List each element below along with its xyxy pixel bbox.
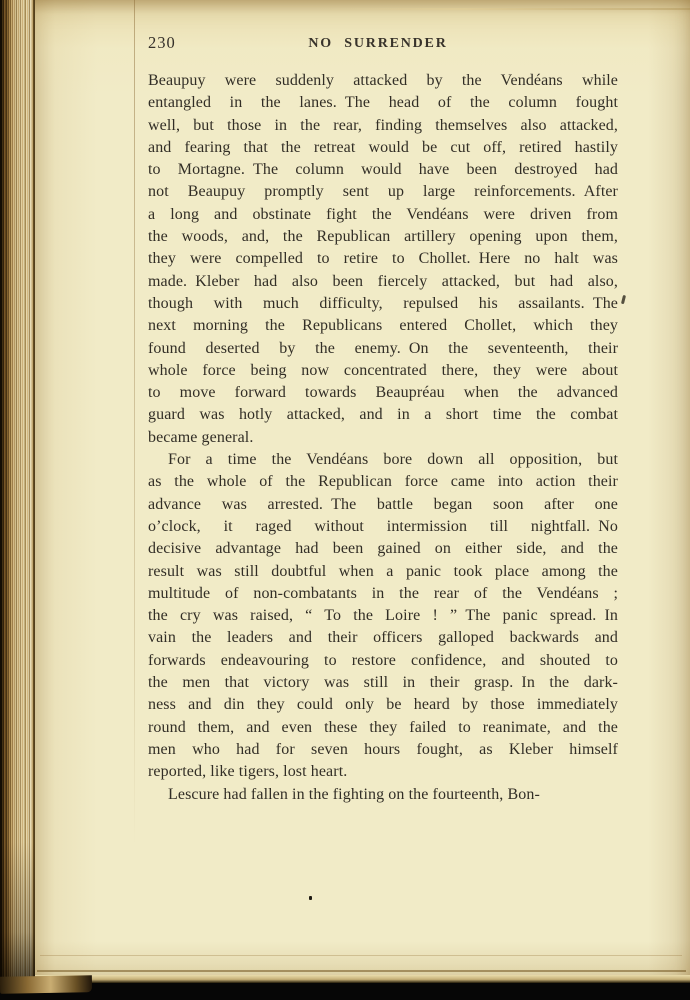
running-title: NO SURRENDER	[308, 37, 447, 51]
text-line: became general.	[148, 427, 618, 449]
text-line: not Beaupuy promptly sent up large reinf…	[148, 181, 618, 203]
text-line: round them, and even these they failed t…	[148, 717, 618, 739]
text-line: reported, like tigers, lost heart.	[148, 761, 618, 783]
book-binding-edge	[0, 0, 35, 992]
text-line: the cry was raised, “ To the Loire ! ” T…	[148, 605, 618, 627]
text-line: decisive advantage had been gained on ei…	[148, 538, 618, 560]
text-line: though with much difficulty, repulsed hi…	[148, 293, 618, 315]
text-line: to move forward towards Beaupréau when t…	[148, 382, 618, 404]
text-line: For a time the Vendéans bore down all op…	[148, 449, 618, 471]
text-line: the men that victory was still in their …	[148, 672, 618, 694]
text-line: entangled in the lanes. The head of the …	[148, 92, 618, 114]
text-line: vain the leaders and their officers gall…	[148, 627, 618, 649]
text-line: multitude of non-combatants in the rear …	[148, 583, 618, 605]
book-scan: 230 NO SURRENDER Beaupuy were suddenly a…	[0, 0, 690, 1000]
text-line: and fearing that the retreat would be cu…	[148, 137, 618, 159]
text-line: o’clock, it raged without intermission t…	[148, 516, 618, 538]
text-line: advance was arrested. The battle began s…	[148, 494, 618, 516]
text-line: they were compelled to retire to Chollet…	[148, 248, 618, 270]
bottom-page-stack	[35, 975, 690, 983]
text-line: result was still doubtful when a panic t…	[148, 561, 618, 583]
text-line: forwards endeavouring to restore confide…	[148, 650, 618, 672]
text-line: next morning the Republicans entered Cho…	[148, 315, 618, 337]
text-line: to Mortagne. The column would have been …	[148, 159, 618, 181]
book-page: 230 NO SURRENDER Beaupuy were suddenly a…	[35, 0, 690, 975]
page-bottom-edge-line-faint	[40, 955, 682, 956]
ink-dot	[309, 896, 312, 900]
text-line: well, but those in the rear, finding the…	[148, 115, 618, 137]
text-line: Lescure had fallen in the fighting on th…	[148, 784, 618, 806]
gutter-crease-line	[134, 0, 135, 845]
text-line: ness and din they could only be heard by…	[148, 694, 618, 716]
page-bottom-edge-line	[37, 970, 686, 972]
text-line: men who had for seven hours fought, as K…	[148, 739, 618, 761]
page-edge-line-top	[315, 8, 690, 10]
text-line: the woods, and, the Republican artillery…	[148, 226, 618, 248]
binding-foot	[0, 975, 92, 994]
page-number: 230	[148, 35, 176, 52]
text-line: found deserted by the enemy. On the seve…	[148, 338, 618, 360]
text-block: Beaupuy were suddenly attacked by the Ve…	[148, 70, 618, 806]
text-line: Beaupuy were suddenly attacked by the Ve…	[148, 70, 618, 92]
text-line: whole force being now concentrated there…	[148, 360, 618, 382]
text-line: guard was hotly attacked, and in a short…	[148, 404, 618, 426]
text-line: as the whole of the Republican force cam…	[148, 471, 618, 493]
pen-mark	[621, 295, 626, 304]
text-line: a long and obstinate fight the Vendéans …	[148, 204, 618, 226]
text-line: made. Kleber had also been fiercely atta…	[148, 271, 618, 293]
